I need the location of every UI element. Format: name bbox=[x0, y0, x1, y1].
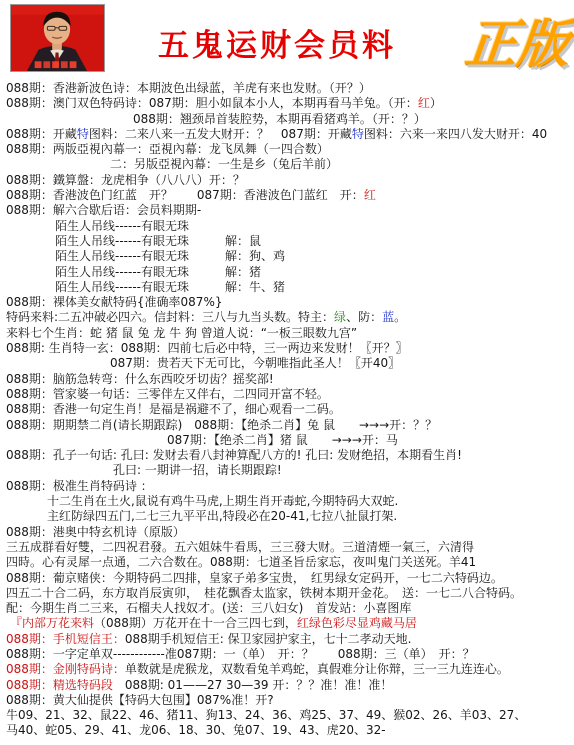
text-line: 088期：极准生肖特码诗 ： bbox=[0, 479, 574, 494]
text-segment: 陌生人吊线------有眼无珠 解：牛、猪 bbox=[55, 280, 285, 294]
text-line: 088期：鐵算盤：龙虎相争（八八八）开：？ bbox=[0, 173, 574, 188]
text-line: 088期：香港新波色诗：本期波色出绿蓝，羊虎有来也发财。（开？） bbox=[0, 81, 574, 96]
text-line: 牛09、21、32、鼠22、46、猪11、狗13、24、36、鸡25、37、49… bbox=[0, 708, 574, 723]
text-line: 马40、蛇05、29、41、龙06、18、30、兔07、19、43、虎20、32… bbox=[0, 723, 574, 738]
text-line: 来料七个生肖：蛇 猪 鼠 兔 龙 牛 狗 曾道人说：“一板三眼数九宫” bbox=[0, 326, 574, 341]
text-segment: 牛09、21、32、鼠22、46、猪11、狗13、24、36、鸡25、37、49… bbox=[6, 708, 526, 722]
text-line: 088期：翘颈昂首装腔势，本期再看猪鸡羊。（开：？） bbox=[0, 112, 574, 127]
text-segment: 配：今期生肖二三来，石榴夫人找奴才。(送：三八妇女) 首发站：小喜图库 bbox=[6, 601, 411, 615]
text-line: 『内部万花来料（088期）万花开在十一合三四七到，红绿色彩尽显鸡藏马居 bbox=[0, 616, 574, 631]
text-line: 特码来料:二五冲破必四六。信封料：三八与九当头数。特主：绿、防：蓝。 bbox=[0, 310, 574, 325]
text-segment: 四時。心有灵犀一点通，二六合数在。088期：七道圣旨岳家忘，夜叫鬼门关送死。羊4… bbox=[6, 555, 476, 569]
text-segment: 088期：解六合歇后语：会员料期期- bbox=[6, 203, 201, 217]
text-line: 088期：黄大仙提供【特码大包围】087%准！开? bbox=[0, 693, 574, 708]
text-segment: 三五成群看好雙，二四祝君發。五六姐妹牛看馬，三三發大财。三道清煙一氣三，六清得 bbox=[6, 540, 474, 554]
text-segment: 087期：【绝杀二肖】猪 鼠 →→→开：马 bbox=[167, 433, 398, 447]
text-segment: 特 bbox=[352, 127, 364, 141]
text-line: 088期：葡京赌侠：今期特码二四排，皇家子弟多宝贵， 红男绿女定码开，一七二六特… bbox=[0, 571, 574, 586]
portrait-photo bbox=[10, 4, 105, 72]
text-segment: 、防： bbox=[346, 310, 382, 324]
header: 五鬼运财会员料 正版 bbox=[0, 0, 574, 80]
text-line: 配：今期生肖二三来，石榴夫人找奴才。(送：三八妇女) 首发站：小喜图库 bbox=[0, 601, 574, 616]
text-segment: 二：另版亞視內幕：一生是乡（兔后羊前） bbox=[110, 157, 338, 171]
text-line: 陌生人吊线------有眼无珠 解：狗、鸡 bbox=[0, 249, 574, 264]
text-segment: 特 bbox=[77, 127, 89, 141]
text-segment: 主红防绿四五门,二七三九平平出,特段必在20-41,七拉八扯鼠打架. bbox=[47, 509, 397, 523]
content-area: 088期：香港新波色诗：本期波色出绿蓝，羊虎有来也发财。（开？）088期：澳门双… bbox=[0, 81, 574, 739]
text-segment: 088期手机短信王: 保卫家园护家主，七十二孝动天地. bbox=[125, 632, 412, 646]
text-segment: 。 bbox=[394, 310, 406, 324]
text-segment: 088期：脑筋急转弯：什么东西咬牙切齿？摇奖部! bbox=[6, 372, 274, 386]
text-segment: 088期：黄大仙提供【特码大包围】087%准！开? bbox=[6, 693, 274, 707]
text-segment: 图料：二来八来一五发大财开：？ 087期：开藏 bbox=[89, 127, 352, 141]
text-segment: 088期：孔子一句话: 孔曰: 发财去看八封神算配八方的! 孔曰: 发财绝招，本… bbox=[6, 448, 462, 462]
text-segment: 『内部万花来料 bbox=[10, 616, 94, 630]
text-segment: 087期：贵若天下无可比，今朝唯指此圣人！〖开40〗 bbox=[110, 356, 400, 370]
text-segment: 陌生人吊线------有眼无珠 解：鼠 bbox=[55, 234, 261, 248]
text-line: 陌生人吊线------有眼无珠 解：牛、猪 bbox=[0, 280, 574, 295]
text-line: 088期：脑筋急转弯：什么东西咬牙切齿？摇奖部! bbox=[0, 372, 574, 387]
text-line: 088期：期期禁二肖(请长期跟踪) 088期：【绝杀二肖】兔 鼠 →→→开：？？ bbox=[0, 418, 574, 433]
text-segment: 特码来料:二五冲破必四六。信封料：三八与九当头数。特主： bbox=[6, 310, 334, 324]
page-title: 五鬼运财会员料 bbox=[118, 20, 436, 65]
text-line: 二：另版亞視內幕：一生是乡（兔后羊前） bbox=[0, 157, 574, 172]
text-line: 四時。心有灵犀一点通，二六合数在。088期：七道圣旨岳家忘，夜叫鬼门关送死。羊4… bbox=[0, 555, 574, 570]
text-segment: 088期：精选特码段 bbox=[6, 678, 113, 692]
text-segment: 陌生人吊线------有眼无珠 解：狗、鸡 bbox=[55, 249, 285, 263]
text-segment: 088期：港奥中特玄机诗（原版） bbox=[6, 525, 185, 539]
text-segment: 088期：两版亞視內幕一：亞視內幕：龙飞凤舞（一四合数） bbox=[6, 142, 329, 156]
text-segment: 088期：澳门双色特码诗：087期：胆小如鼠本小人，本期再看马羊兔。（开： bbox=[6, 96, 418, 110]
text-segment: 图料：六来一来四八发大财开：40 bbox=[364, 127, 547, 141]
text-line: 孔曰: 一期讲一招，请长期跟踪! bbox=[0, 463, 574, 478]
text-line: 陌生人吊线------有眼无珠 解：鼠 bbox=[0, 234, 574, 249]
text-segment: 088期：香港波色门红蓝 开？ 087期：香港波色门蓝红 开： bbox=[6, 188, 364, 202]
text-segment: 孔曰: 一期讲一招，请长期跟踪! bbox=[113, 463, 282, 477]
text-segment: 马40、蛇05、29、41、龙06、18、30、兔07、19、43、虎20、32… bbox=[6, 723, 386, 737]
text-segment: 088期：金刚特码诗： bbox=[6, 662, 125, 676]
text-segment: 红绿色彩尽显鸡藏马居 bbox=[297, 616, 417, 630]
text-line: 088期：精选特码段 088期: 01——27 30—39 开：？？准！准！准！ bbox=[0, 678, 574, 693]
text-segment: （088期）万花开在十一合三四七到， bbox=[94, 616, 297, 630]
text-line: 088期：香港波色门红蓝 开？ 087期：香港波色门蓝红 开：红 bbox=[0, 188, 574, 203]
man-portrait-icon bbox=[11, 5, 104, 71]
text-line: 088期：澳门双色特码诗：087期：胆小如鼠本小人，本期再看马羊兔。（开：红） bbox=[0, 96, 574, 111]
text-segment: 088期：手机短信王： bbox=[6, 632, 125, 646]
text-line: 088期：孔子一句话: 孔曰: 发财去看八封神算配八方的! 孔曰: 发财绝招，本… bbox=[0, 448, 574, 463]
text-line: 088期: 生肖特一玄：088期：四前七后必中特，三一两边来发财！〖开？〗 bbox=[0, 341, 574, 356]
text-segment: 088期：葡京赌侠：今期特码二四排，皇家子弟多宝贵， 红男绿女定码开，一七二六特… bbox=[6, 571, 503, 585]
text-segment: 四五二十合二码，东方取肖辰寅卯， 桂花飘香太监家，铁树本期开金花。 送：一七二八… bbox=[6, 586, 522, 600]
text-segment: 088期：翘颈昂首装腔势，本期再看猪鸡羊。（开：？） bbox=[133, 112, 426, 126]
text-line: 088期：一字定单双------------准087期：一（单） 开：？ 088… bbox=[0, 647, 574, 662]
text-segment: 088期：期期禁二肖(请长期跟踪) 088期：【绝杀二肖】兔 鼠 →→→开：？？ bbox=[6, 418, 437, 432]
text-line: 087期：贵若天下无可比，今朝唯指此圣人！〖开40〗 bbox=[0, 356, 574, 371]
text-segment: 陌生人吊线------有眼无珠 解：猪 bbox=[55, 265, 261, 279]
text-segment: 蓝 bbox=[382, 310, 394, 324]
text-segment: 088期：裸体美女献特码{准确率087%} bbox=[6, 295, 222, 309]
text-line: 陌生人吊线------有眼无珠 bbox=[0, 219, 574, 234]
text-line: 088期：裸体美女献特码{准确率087%} bbox=[0, 295, 574, 310]
authentic-badge: 正版 bbox=[462, 2, 574, 77]
text-segment: 陌生人吊线------有眼无珠 bbox=[55, 219, 189, 233]
text-line: 088期：手机短信王：088期手机短信王: 保卫家园护家主，七十二孝动天地. bbox=[0, 632, 574, 647]
text-line: 主红防绿四五门,二七三九平平出,特段必在20-41,七拉八扯鼠打架. bbox=[0, 509, 574, 524]
text-line: 088期：港奥中特玄机诗（原版） bbox=[0, 525, 574, 540]
text-segment: 088期：开藏 bbox=[6, 127, 77, 141]
text-segment: 红 bbox=[364, 188, 376, 202]
text-line: 四五二十合二码，东方取肖辰寅卯， 桂花飘香太监家，铁树本期开金花。 送：一七二八… bbox=[0, 586, 574, 601]
text-line: 088期：管家婆一句话：三零伴左又伴右，二四同开富不轻。 bbox=[0, 387, 574, 402]
text-line: 088期：解六合歇后语：会员料期期- bbox=[0, 203, 574, 218]
text-line: 087期：【绝杀二肖】猪 鼠 →→→开：马 bbox=[0, 433, 574, 448]
text-segment: 088期: 01——27 30—39 开：？？准！准！准！ bbox=[113, 678, 392, 692]
text-segment: 088期：一字定单双------------准087期：一（单） 开：？ 088… bbox=[6, 647, 475, 661]
text-line: 088期：开藏特图料：二来八来一五发大财开：？ 087期：开藏特图料：六来一来四… bbox=[0, 127, 574, 142]
text-line: 十二生肖在土火,鼠说有鸡牛马虎,上期生肖开毒蛇,今期特码大双蛇. bbox=[0, 494, 574, 509]
text-line: 088期：香港一句定生肖！是福是祸避不了，细心观看一二码。 bbox=[0, 402, 574, 417]
text-line: 陌生人吊线------有眼无珠 解：猪 bbox=[0, 265, 574, 280]
text-segment: 十二生肖在土火,鼠说有鸡牛马虎,上期生肖开毒蛇,今期特码大双蛇. bbox=[47, 494, 398, 508]
text-segment: 088期: 生肖特一玄：088期：四前七后必中特，三一两边来发财！〖开？〗 bbox=[6, 341, 408, 355]
text-segment: 088期：鐵算盤：龙虎相争（八八八）开：？ bbox=[6, 173, 245, 187]
text-segment: 来料七个生肖：蛇 猪 鼠 兔 龙 牛 狗 曾道人说：“一板三眼数九宫” bbox=[6, 326, 357, 340]
text-line: 三五成群看好雙，二四祝君發。五六姐妹牛看馬，三三發大财。三道清煙一氣三，六清得 bbox=[0, 540, 574, 555]
text-segment: 单数就是虎猴龙，双数看兔羊鸡蛇，真假难分让你辩，三一三九连连心。 bbox=[125, 662, 509, 676]
text-segment: 088期：香港新波色诗：本期波色出绿蓝，羊虎有来也发财。（开？） bbox=[6, 81, 371, 95]
text-segment: 088期：香港一句定生肖！是福是祸避不了，细心观看一二码。 bbox=[6, 402, 341, 416]
text-line: 088期：金刚特码诗：单数就是虎猴龙，双数看兔羊鸡蛇，真假难分让你辩，三一三九连… bbox=[0, 662, 574, 677]
text-segment: 红 bbox=[418, 96, 430, 110]
tip-sheet-page: 五鬼运财会员料 正版 088期：香港新波色诗：本期波色出绿蓝，羊虎有来也发财。（… bbox=[0, 0, 574, 745]
text-segment: 088期：极准生肖特码诗 ： bbox=[6, 479, 153, 493]
text-segment: ） bbox=[430, 96, 442, 110]
text-segment: 绿 bbox=[334, 310, 346, 324]
text-segment: 088期：管家婆一句话：三零伴左又伴右，二四同开富不轻。 bbox=[6, 387, 329, 401]
text-line: 088期：两版亞視內幕一：亞視內幕：龙飞凤舞（一四合数） bbox=[0, 142, 574, 157]
